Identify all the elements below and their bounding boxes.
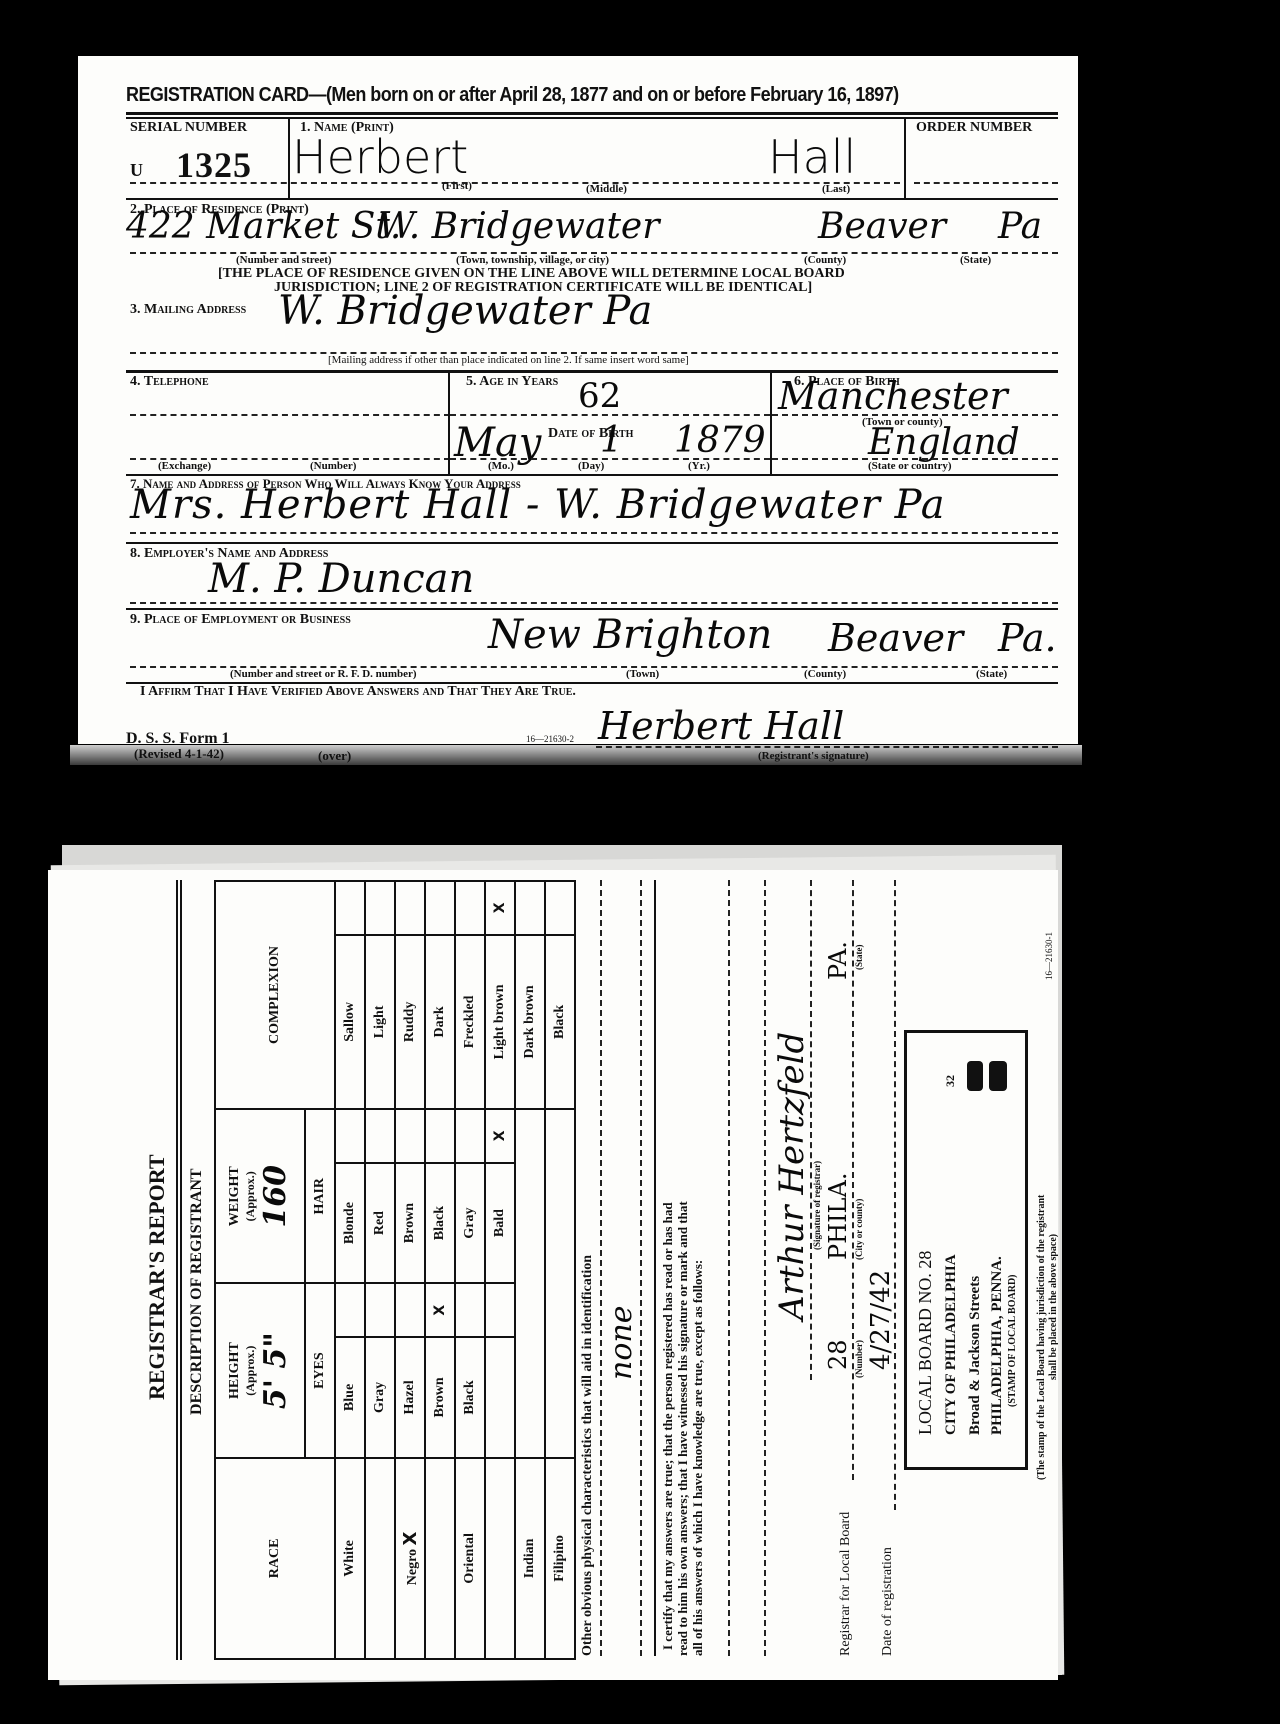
name-first-sub: (First) <box>442 180 472 192</box>
residence-county: Beaver <box>818 206 946 247</box>
race-mark-cell-white[interactable] <box>365 1458 395 1659</box>
eyes-mark-cell[interactable] <box>455 1283 485 1337</box>
affirmation: I Affirm That I Have Verified Above Answ… <box>140 684 576 700</box>
complexion-option: Black <box>545 935 575 1109</box>
blank-cell <box>545 1109 575 1458</box>
registration-card-front: REGISTRATION CARD—(Men born on or after … <box>78 56 1078 744</box>
complexion-option: Dark <box>425 935 455 1109</box>
employment-county: Beaver <box>828 616 963 660</box>
form-revised: (Revised 4-1-42) <box>134 746 224 762</box>
weight-header: WEIGHT <box>227 1114 243 1278</box>
board-city-sub: (City or county) <box>854 1199 864 1260</box>
certify-line-1: I certify that my answers are true; that… <box>660 1202 676 1650</box>
residence-county-sub: (County) <box>804 254 846 266</box>
print-code: 16—21630-2 <box>526 734 574 744</box>
complexion-mark-cell[interactable] <box>365 881 395 935</box>
name-first: Herbert <box>292 130 468 184</box>
certify-line-2: read to him his own answers; that I have… <box>675 1201 691 1656</box>
height-approx: (Approx.) <box>243 1288 258 1452</box>
eyes-mark-cell[interactable] <box>395 1283 425 1337</box>
local-board-stamp: LOCAL BOARD NO. 28 CITY OF PHILADELPHIA … <box>904 1030 1028 1470</box>
weight-approx: (Approx.) <box>243 1114 258 1278</box>
board-number: 28 <box>824 1339 852 1370</box>
stamp-line-5: (STAMP OF LOCAL BOARD) <box>1007 1274 1018 1407</box>
title-rule <box>126 112 1058 115</box>
eyes-option: Black <box>455 1337 485 1458</box>
stamp-redaction-1 <box>967 1061 983 1091</box>
other-characteristics-value: none <box>604 1306 639 1380</box>
name-middle-sub: (Middle) <box>586 183 627 195</box>
board-state-sub: (State) <box>854 945 864 971</box>
employment-county-sub: (County) <box>804 668 846 680</box>
eyes-empty <box>485 1337 515 1458</box>
registration-date-label: Date of registration <box>880 1547 896 1656</box>
signature-line <box>596 746 1058 748</box>
title-rule-2 <box>126 117 1058 119</box>
stamp-line-4: PHILADELPHIA, PENNA. <box>989 1256 1006 1435</box>
race-option: Indian <box>515 1458 545 1659</box>
row3-rule <box>126 370 1058 373</box>
registrar-signature-sub: (Signature of registrar) <box>812 1161 822 1250</box>
other-characteristics-line-1 <box>600 880 602 1656</box>
complexion-option: Ruddy <box>395 935 425 1109</box>
complexion-option: Sallow <box>335 935 365 1109</box>
mailing-address-label: 3. Mailing Address <box>130 302 246 318</box>
height-value: 5' 5" <box>258 1288 293 1452</box>
birthplace-town: Manchester <box>778 374 1008 418</box>
eyes-option: Gray <box>365 1337 395 1458</box>
certify-line-3: all of his answers of which I have knowl… <box>690 1260 706 1656</box>
stamp-line-1: LOCAL BOARD NO. 28 <box>915 1251 936 1435</box>
over-note: (over) <box>318 748 351 764</box>
residence-street: 422 Market St. <box>126 206 401 247</box>
report-title-rule-2 <box>180 880 182 1660</box>
registration-date-line <box>894 880 896 1510</box>
registration-date-value: 4/27/42 <box>866 1270 896 1370</box>
board-state: PA. <box>824 941 852 980</box>
serial-prefix: U <box>130 160 143 181</box>
residence-town: W. Bridgewater <box>378 206 659 247</box>
complexion-mark-cell[interactable] <box>455 881 485 935</box>
hair-option: Brown <box>395 1163 425 1284</box>
telephone-number-sub: (Number) <box>310 460 356 472</box>
race-header: RACE <box>215 1458 335 1659</box>
race-option: Oriental <box>455 1458 485 1659</box>
name-last: Hall <box>768 130 856 184</box>
race-option-label: Negro <box>405 1549 420 1585</box>
hair-header: HAIR <box>305 1109 335 1283</box>
blank-cell <box>515 1109 545 1458</box>
dob-month-sub: (Mo.) <box>488 460 514 472</box>
age-line <box>450 414 770 416</box>
other-characteristics-line-2 <box>640 880 642 1656</box>
stamp-note-2: shall be placed in the above space) <box>1048 1234 1058 1380</box>
mailing-sub: [Mailing address if other than place ind… <box>328 354 689 366</box>
card-title: REGISTRATION CARD—(Men born on or after … <box>126 84 899 107</box>
dob-year-sub: (Yr.) <box>688 460 710 472</box>
board-city: PHILA. <box>824 1173 852 1260</box>
employment-state: Pa. <box>998 616 1057 660</box>
race-option: Negro X <box>395 1458 425 1659</box>
dob-day: 1 <box>600 420 623 461</box>
birthplace-country: England <box>868 422 1020 463</box>
complexion-header: COMPLEXION <box>215 881 335 1109</box>
certify-rule <box>654 880 656 1656</box>
eyes-header: EYES <box>305 1283 335 1457</box>
complexion-option: Dark brown <box>515 935 545 1109</box>
telephone-exchange-sub: (Exchange) <box>158 460 211 472</box>
complexion-option: Freckled <box>455 935 485 1109</box>
row1-rule <box>126 198 1058 200</box>
description-title: DESCRIPTION OF REGISTRANT <box>188 1168 206 1415</box>
order-number-line <box>914 182 1058 184</box>
registrar-signature-line <box>810 880 812 1380</box>
hair-option: Blonde <box>335 1163 365 1284</box>
height-header: HEIGHT <box>227 1288 243 1452</box>
residence-state-sub: (State) <box>960 254 991 266</box>
complexion-mark-cell[interactable] <box>425 881 455 935</box>
complexion-option: Light <box>365 935 395 1109</box>
registration-card-back: REGISTRAR'S REPORT DESCRIPTION OF REGIST… <box>48 870 1058 1680</box>
hair-option: Bald <box>485 1163 515 1284</box>
order-divider <box>904 119 906 199</box>
serial-number-label: SERIAL NUMBER <box>130 120 247 136</box>
serial-divider <box>288 119 290 199</box>
mailing-address-value: W. Bridgewater Pa <box>278 288 652 334</box>
report-title-rule <box>176 880 178 1660</box>
hair-mark-cell[interactable] <box>335 1109 365 1163</box>
age-label: 5. Age in Years <box>466 374 558 390</box>
complexion-mark-cell[interactable] <box>545 881 575 935</box>
weight-cell: WEIGHT (Approx.) 160 <box>215 1109 305 1283</box>
hair-mark[interactable]: X <box>485 1109 515 1163</box>
certify-exceptions-line <box>728 880 730 1656</box>
stamp-redaction-2 <box>989 1061 1007 1091</box>
name-line <box>130 182 900 184</box>
hair-mark-cell[interactable] <box>425 1109 455 1163</box>
other-characteristics-label: Other obvious physical characteristics t… <box>580 1255 596 1656</box>
residence-town-sub: (Town, township, village, or city) <box>456 254 609 266</box>
print-code-back: 16—21630-1 <box>1044 932 1054 980</box>
report-title: REGISTRAR'S REPORT <box>144 1154 170 1400</box>
race-option: White <box>335 1458 365 1659</box>
name-last-sub: (Last) <box>822 183 850 195</box>
telephone-label: 4. Telephone <box>130 374 209 390</box>
stamp-code: 32 <box>943 1075 958 1087</box>
contact-line <box>130 532 1058 534</box>
dob-day-sub: (Day) <box>578 460 604 472</box>
hair-option: Black <box>425 1163 455 1284</box>
serial-number: 1325 <box>176 144 252 186</box>
row8-rule <box>126 608 1058 610</box>
registrar-board-line <box>852 880 854 1480</box>
stamp-note-1: (The stamp of the Local Board having jur… <box>1036 1195 1047 1480</box>
race-option: Filipino <box>545 1458 575 1659</box>
eyes-option: Blue <box>335 1337 365 1458</box>
hair-option: Red <box>365 1163 395 1284</box>
description-table: RACE HEIGHT (Approx.) 5' 5" WEIGHT (Appr… <box>214 880 576 1660</box>
complexion-mark-cell[interactable] <box>395 881 425 935</box>
eyes-option: Brown <box>425 1337 455 1458</box>
complexion-option: Light brown <box>485 935 515 1109</box>
employment-town-sub: (Town) <box>626 668 659 680</box>
hair-mark-cell[interactable] <box>395 1109 425 1163</box>
contact-value: Mrs. Herbert Hall - W. Bridgewater Pa <box>130 482 946 528</box>
registrant-signature: Herbert Hall <box>598 704 844 748</box>
race-mark: X <box>400 1532 421 1546</box>
employer-line <box>130 602 1058 604</box>
employment-place-label: 9. Place of Employment or Business <box>130 612 351 628</box>
age-value: 62 <box>578 376 621 416</box>
certify-exceptions-line-2 <box>764 880 766 1656</box>
stamp-line-3: Broad & Jackson Streets <box>967 1276 984 1435</box>
employment-street-sub: (Number and street or R. F. D. number) <box>230 668 417 680</box>
complexion-mark-cell[interactable] <box>515 881 545 935</box>
complexion-mark-cell[interactable] <box>335 881 365 935</box>
race-mark-cell[interactable] <box>485 1458 515 1659</box>
race-mark-cell[interactable] <box>425 1458 455 1659</box>
registrar-label: Registrar for Local Board <box>838 1512 854 1656</box>
hair-mark-cell[interactable] <box>455 1109 485 1163</box>
hair-option: Gray <box>455 1163 485 1284</box>
residence-state: Pa <box>998 206 1042 247</box>
registrar-signature: Arthur Hertzfeld <box>772 1032 812 1320</box>
row7-rule <box>126 542 1058 544</box>
signature-sub: (Registrant's signature) <box>758 750 869 762</box>
employment-town: New Brighton <box>488 612 772 658</box>
height-cell: HEIGHT (Approx.) 5' 5" <box>215 1283 305 1457</box>
birthplace-country-sub: (State or country) <box>868 460 952 472</box>
dob-year: 1879 <box>674 420 766 461</box>
eyes-option: Hazel <box>395 1337 425 1458</box>
stamp-line-2: CITY OF PHILADELPHIA <box>943 1254 960 1435</box>
eyes-mark-cell[interactable] <box>335 1283 365 1337</box>
order-number-label: ORDER NUMBER <box>916 120 1032 136</box>
eyes-mark-cell[interactable] <box>365 1283 395 1337</box>
hair-mark-cell[interactable] <box>365 1109 395 1163</box>
employment-state-sub: (State) <box>976 668 1007 680</box>
board-number-sub: (Number) <box>854 1340 864 1378</box>
telephone-line-1 <box>130 414 450 416</box>
residence-street-sub: (Number and street) <box>236 254 332 266</box>
complexion-mark[interactable]: X <box>485 881 515 935</box>
weight-value: 160 <box>258 1114 293 1278</box>
employer-value: M. P. Duncan <box>208 556 474 602</box>
registrars-report: REGISTRAR'S REPORT DESCRIPTION OF REGIST… <box>48 870 1058 1680</box>
eyes-mark-cell[interactable] <box>485 1283 515 1337</box>
eyes-mark[interactable]: X <box>425 1283 455 1337</box>
